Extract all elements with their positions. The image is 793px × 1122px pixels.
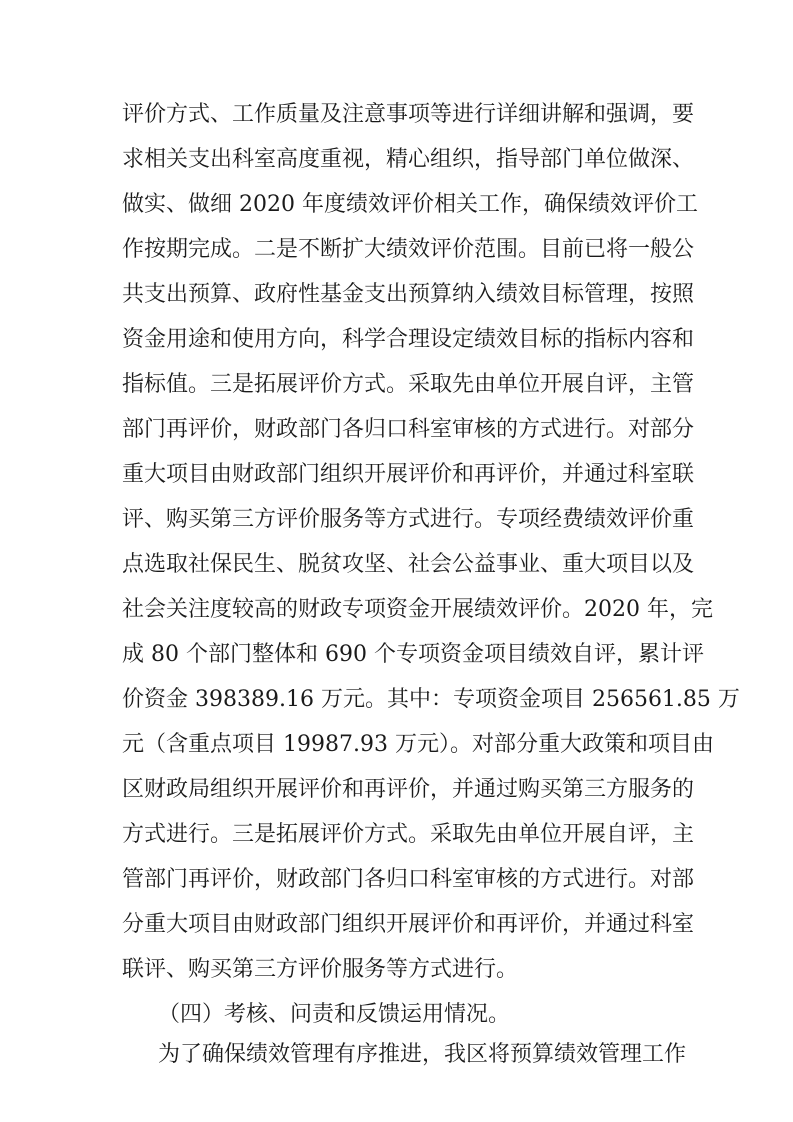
body-line: 指标值。三是拓展评价方式。采取先由单位开展自评，主管 <box>122 370 674 400</box>
body-line: 做实、做细 2020 年度绩效评价相关工作，确保绩效评价工 <box>122 190 674 220</box>
body-line: 作按期完成。二是不断扩大绩效评价范围。目前已将一般公 <box>122 235 674 265</box>
paragraph-first-line: 为了确保绩效管理有序推进，我区将预算绩效管理工作 <box>158 1040 674 1070</box>
body-line: 区财政局组织开展评价和再评价，并通过购买第三方服务的 <box>122 775 674 805</box>
body-line: 评价方式、工作质量及注意事项等进行详细讲解和强调，要 <box>122 100 674 130</box>
body-line: 分重大项目由财政部门组织开展评价和再评价，并通过科室 <box>122 910 674 940</box>
body-line: 管部门再评价，财政部门各归口科室审核的方式进行。对部 <box>122 865 674 895</box>
body-line: 部门再评价，财政部门各归口科室审核的方式进行。对部分 <box>122 415 674 445</box>
section-heading: （四）考核、问责和反馈运用情况。 <box>158 1000 510 1030</box>
body-line: 元（含重点项目 19987.93 万元）。对部分重大政策和项目由 <box>122 730 674 760</box>
body-line-last: 联评、购买第三方评价服务等方式进行。 <box>122 955 674 985</box>
document-page: 评价方式、工作质量及注意事项等进行详细讲解和强调，要 求相关支出科室高度重视，精… <box>0 0 793 1122</box>
body-line: 共支出预算、政府性基金支出预算纳入绩效目标管理，按照 <box>122 280 674 310</box>
body-line: 成 80 个部门整体和 690 个专项资金项目绩效自评，累计评 <box>122 640 674 670</box>
body-line: 求相关支出科室高度重视，精心组织，指导部门单位做深、 <box>122 145 674 175</box>
body-line: 评、购买第三方评价服务等方式进行。专项经费绩效评价重 <box>122 505 674 535</box>
body-line: 重大项目由财政部门组织开展评价和再评价，并通过科室联 <box>122 460 674 490</box>
body-line: 方式进行。三是拓展评价方式。采取先由单位开展自评，主 <box>122 820 674 850</box>
body-line: 社会关注度较高的财政专项资金开展绩效评价。2020 年，完 <box>122 595 674 625</box>
body-line: 价资金 398389.16 万元。其中：专项资金项目 256561.85 万 <box>122 685 674 715</box>
body-line: 点选取社保民生、脱贫攻坚、社会公益事业、重大项目以及 <box>122 550 674 580</box>
body-line: 资金用途和使用方向，科学合理设定绩效目标的指标内容和 <box>122 325 674 355</box>
